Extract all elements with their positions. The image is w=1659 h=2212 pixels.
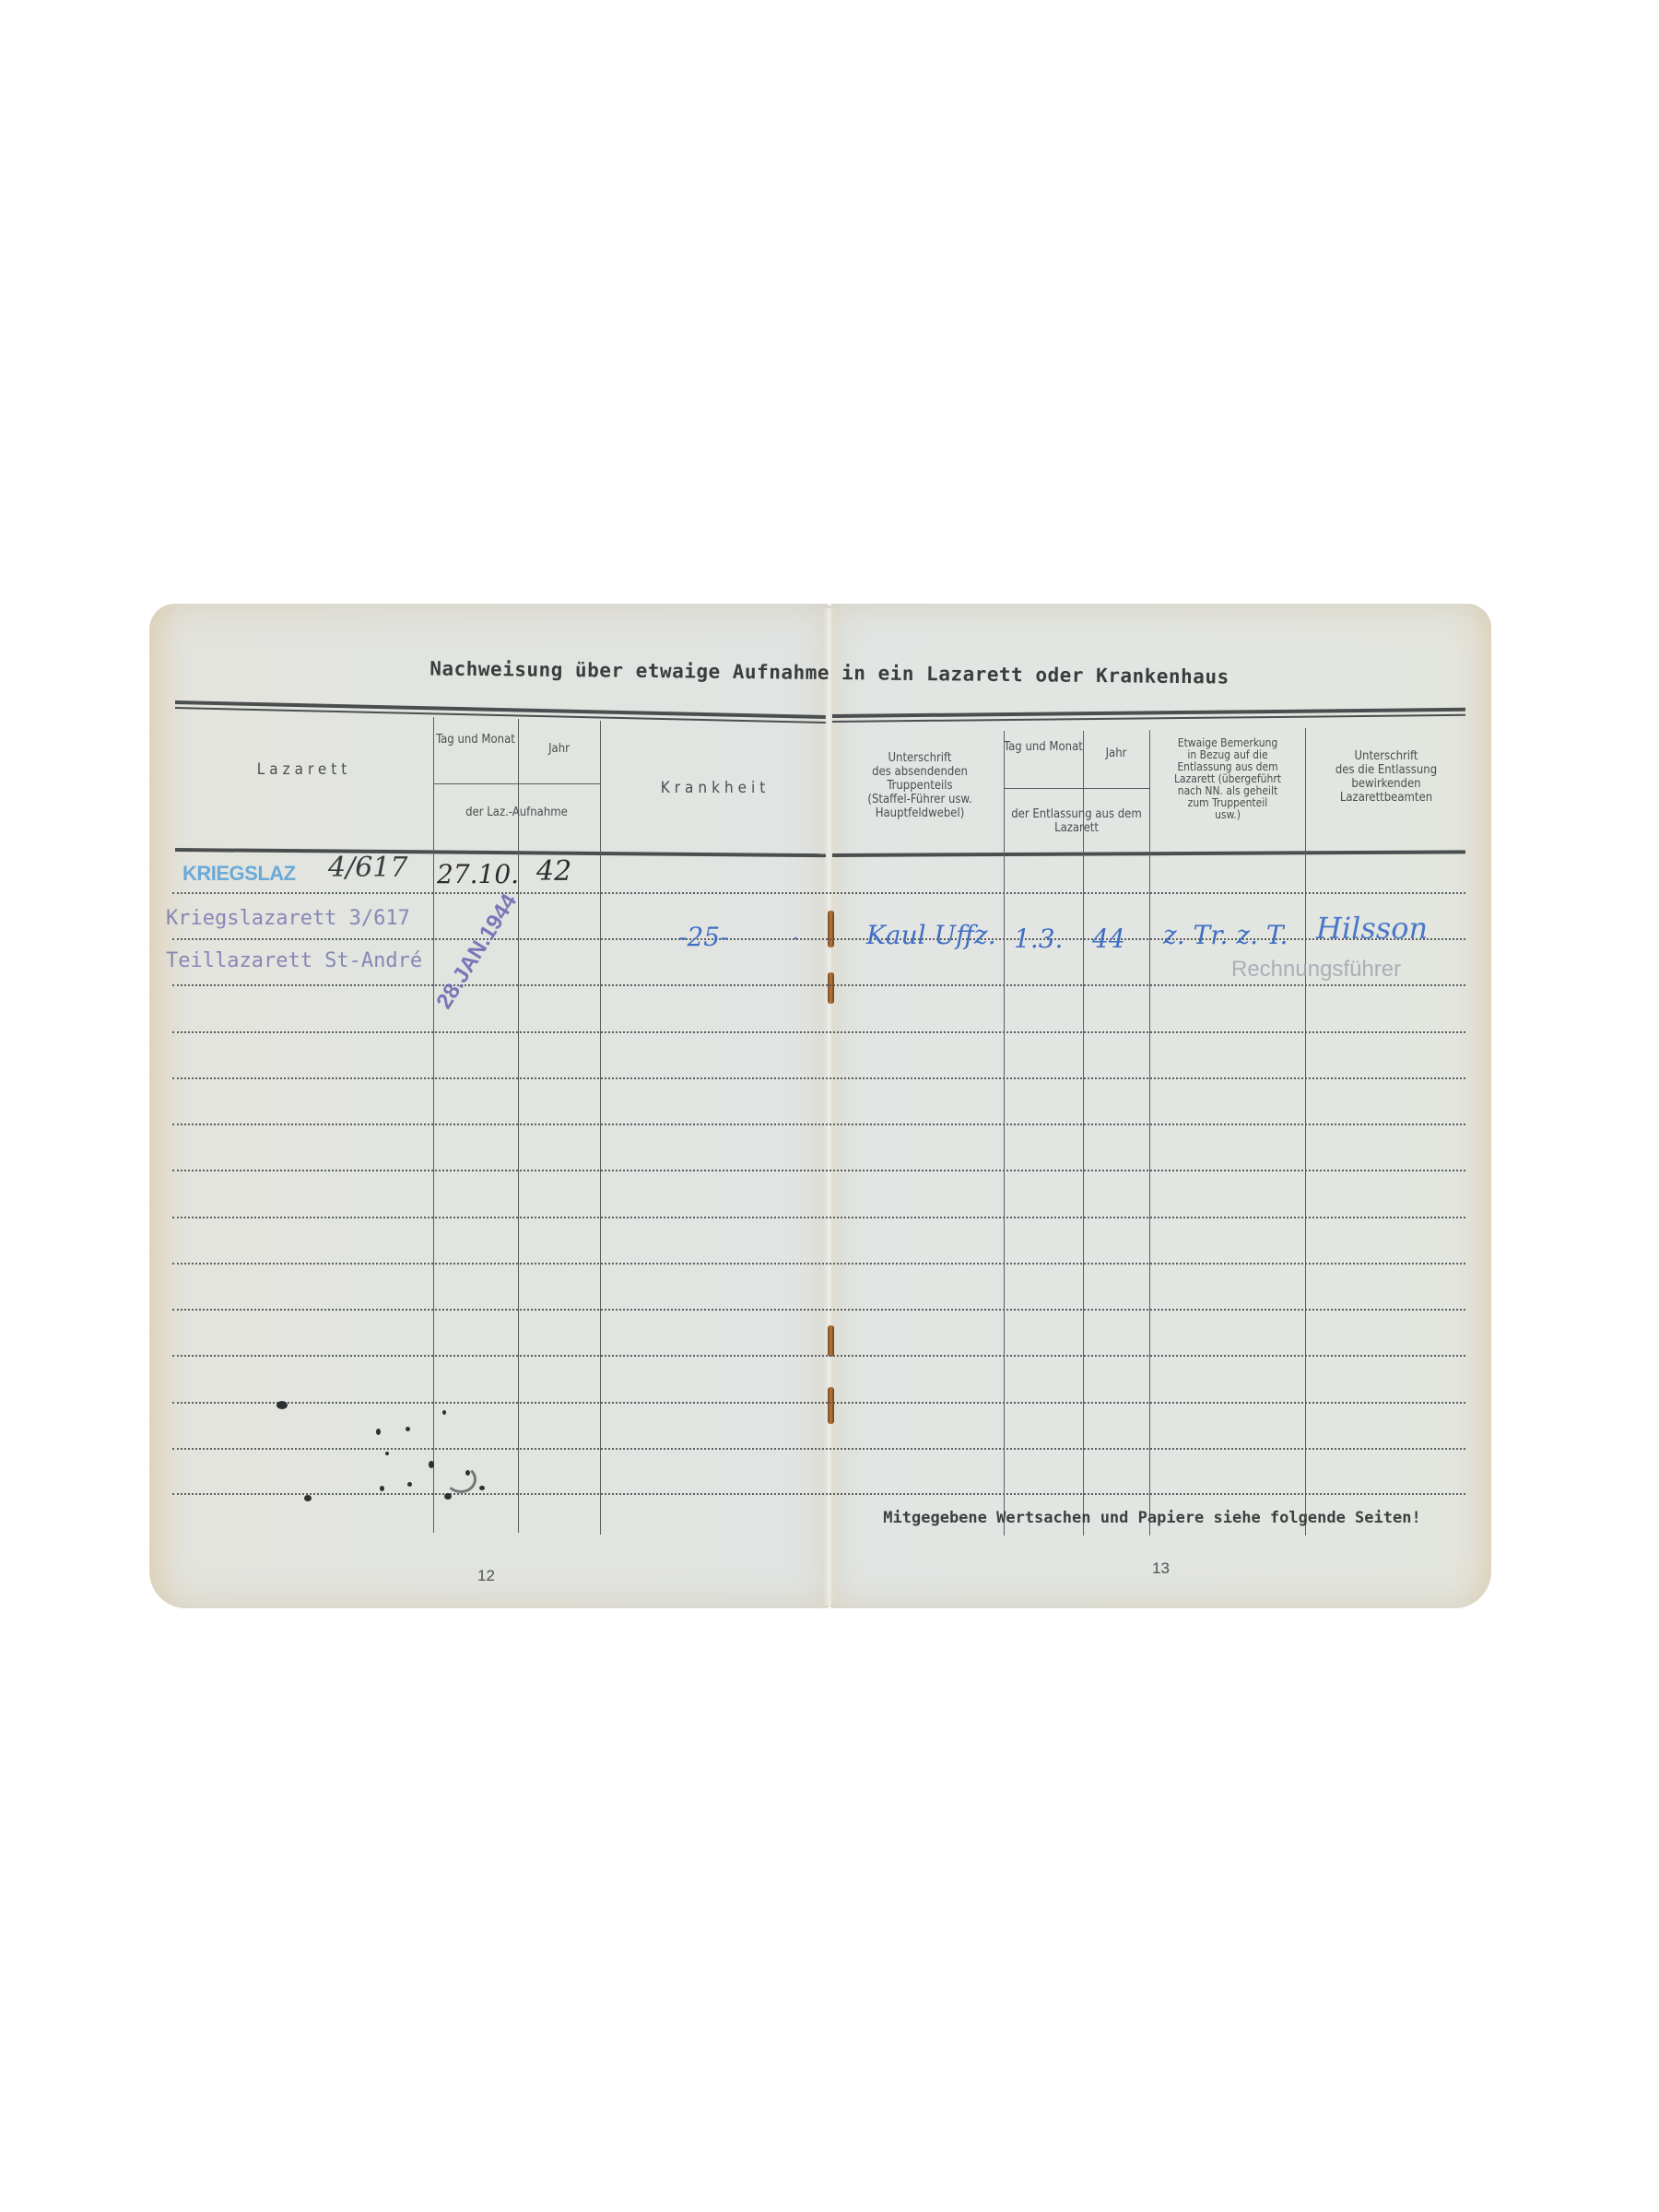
table-row xyxy=(172,1493,1465,1495)
column-divider xyxy=(1305,728,1306,1535)
faded-stamp-mark xyxy=(445,1465,477,1493)
unterschrift-truppenteil: Kaul Uffz. xyxy=(866,920,996,950)
table-row xyxy=(172,1170,1465,1171)
column-divider xyxy=(1004,731,1005,1535)
header-line: des absendenden xyxy=(837,765,1003,779)
lazarett-handwritten: 4/617 xyxy=(328,852,407,884)
staple-icon xyxy=(828,972,834,1004)
table-row xyxy=(172,1263,1465,1265)
aufnahme-day-month: 27.10. xyxy=(437,859,519,889)
ink-blot xyxy=(376,1429,381,1435)
staple-icon xyxy=(828,1387,834,1424)
column-header-bemerkung: Etwaige Bemerkung in Bezug auf die Entla… xyxy=(1151,737,1304,821)
staple-icon xyxy=(828,1325,834,1357)
column-header-aufnahme-year: Jahr xyxy=(518,742,600,756)
table-row xyxy=(172,1124,1465,1125)
book-gutter xyxy=(823,608,838,1606)
table-row xyxy=(172,1448,1465,1450)
table-row xyxy=(172,1355,1465,1357)
header-line: Unterschrift xyxy=(1307,749,1465,763)
column-divider xyxy=(1083,731,1084,1535)
header-line: Unterschrift xyxy=(837,751,1003,765)
rechnungsfuehrer-stamp: Rechnungsführer xyxy=(1231,957,1401,982)
krankheit: -25- xyxy=(678,922,729,952)
ink-blot xyxy=(444,1493,452,1500)
page-number-left: 12 xyxy=(477,1567,495,1585)
column-header-unterschrift-truppenteil: Unterschrift des absendenden Truppenteil… xyxy=(837,751,1003,820)
aufnahme-year: 42 xyxy=(536,855,571,888)
column-divider xyxy=(600,721,601,1535)
header-line: usw.) xyxy=(1151,809,1304,821)
krankheit-mark: . xyxy=(793,922,798,944)
column-divider xyxy=(518,719,519,1533)
header-line: Lazarettbeamten xyxy=(1307,791,1465,805)
table-row xyxy=(172,1031,1465,1033)
column-header-entlassung-year: Jahr xyxy=(1083,747,1149,760)
column-divider xyxy=(1149,730,1150,1535)
table-row xyxy=(172,1309,1465,1311)
column-header-entlassung-group: der Entlassung aus dem Lazarett xyxy=(1004,807,1149,835)
table-row xyxy=(172,984,1465,986)
table-row xyxy=(172,892,1465,894)
header-line: Hauptfeldwebel) xyxy=(837,806,1003,820)
table-row xyxy=(172,1402,1465,1404)
ink-blot xyxy=(479,1486,485,1490)
header-subdivider xyxy=(433,783,600,784)
bemerkung: z. Tr. z. T. xyxy=(1163,920,1288,950)
ink-blot xyxy=(304,1495,312,1501)
header-subdivider xyxy=(1004,788,1149,789)
footer-note: Mitgegebene Wertsachen und Papiere siehe… xyxy=(876,1509,1429,1527)
column-header-aufnahme-group: der Laz.-Aufnahme xyxy=(433,806,600,819)
lazarett-stamp-2: Kriegslazarett 3/617 xyxy=(166,907,410,930)
column-header-krankheit: Krankheit xyxy=(600,782,830,795)
ink-blot xyxy=(380,1486,384,1491)
column-header-unterschrift-beamten: Unterschrift des die Entlassung bewirken… xyxy=(1307,749,1465,805)
ink-blot xyxy=(276,1401,288,1409)
header-line: Truppenteils xyxy=(837,779,1003,793)
column-header-lazarett: Lazarett xyxy=(175,763,433,777)
staple-icon xyxy=(828,911,834,947)
lazarett-stamp: KRIEGSLAZ xyxy=(182,862,296,886)
ink-blot xyxy=(407,1482,412,1487)
ink-blot xyxy=(429,1461,434,1468)
page-left xyxy=(149,604,829,1608)
column-header-entlassung-day-month: Tag und Monat xyxy=(1004,740,1083,754)
signature: Hilsson xyxy=(1316,911,1428,946)
military-paybook-spread: Nachweisung über etwaige Aufnahme in ein… xyxy=(0,0,1659,2212)
table-row xyxy=(172,1217,1465,1218)
header-line: bewirkenden xyxy=(1307,777,1465,791)
ink-blot xyxy=(385,1452,389,1455)
column-header-aufnahme-day-month: Tag und Monat xyxy=(433,733,518,747)
ink-blot xyxy=(442,1410,446,1415)
entlassung-day-month: 1.3. xyxy=(1014,924,1063,954)
header-line: des die Entlassung xyxy=(1307,763,1465,777)
lazarett-stamp-3: Teillazarett St-André xyxy=(166,949,422,972)
entlassung-year: 44 xyxy=(1092,924,1125,954)
ink-blot xyxy=(406,1427,410,1431)
page-number-right: 13 xyxy=(1152,1559,1170,1578)
header-line: (Staffel-Führer usw. xyxy=(837,793,1003,806)
table-row xyxy=(172,1077,1465,1079)
